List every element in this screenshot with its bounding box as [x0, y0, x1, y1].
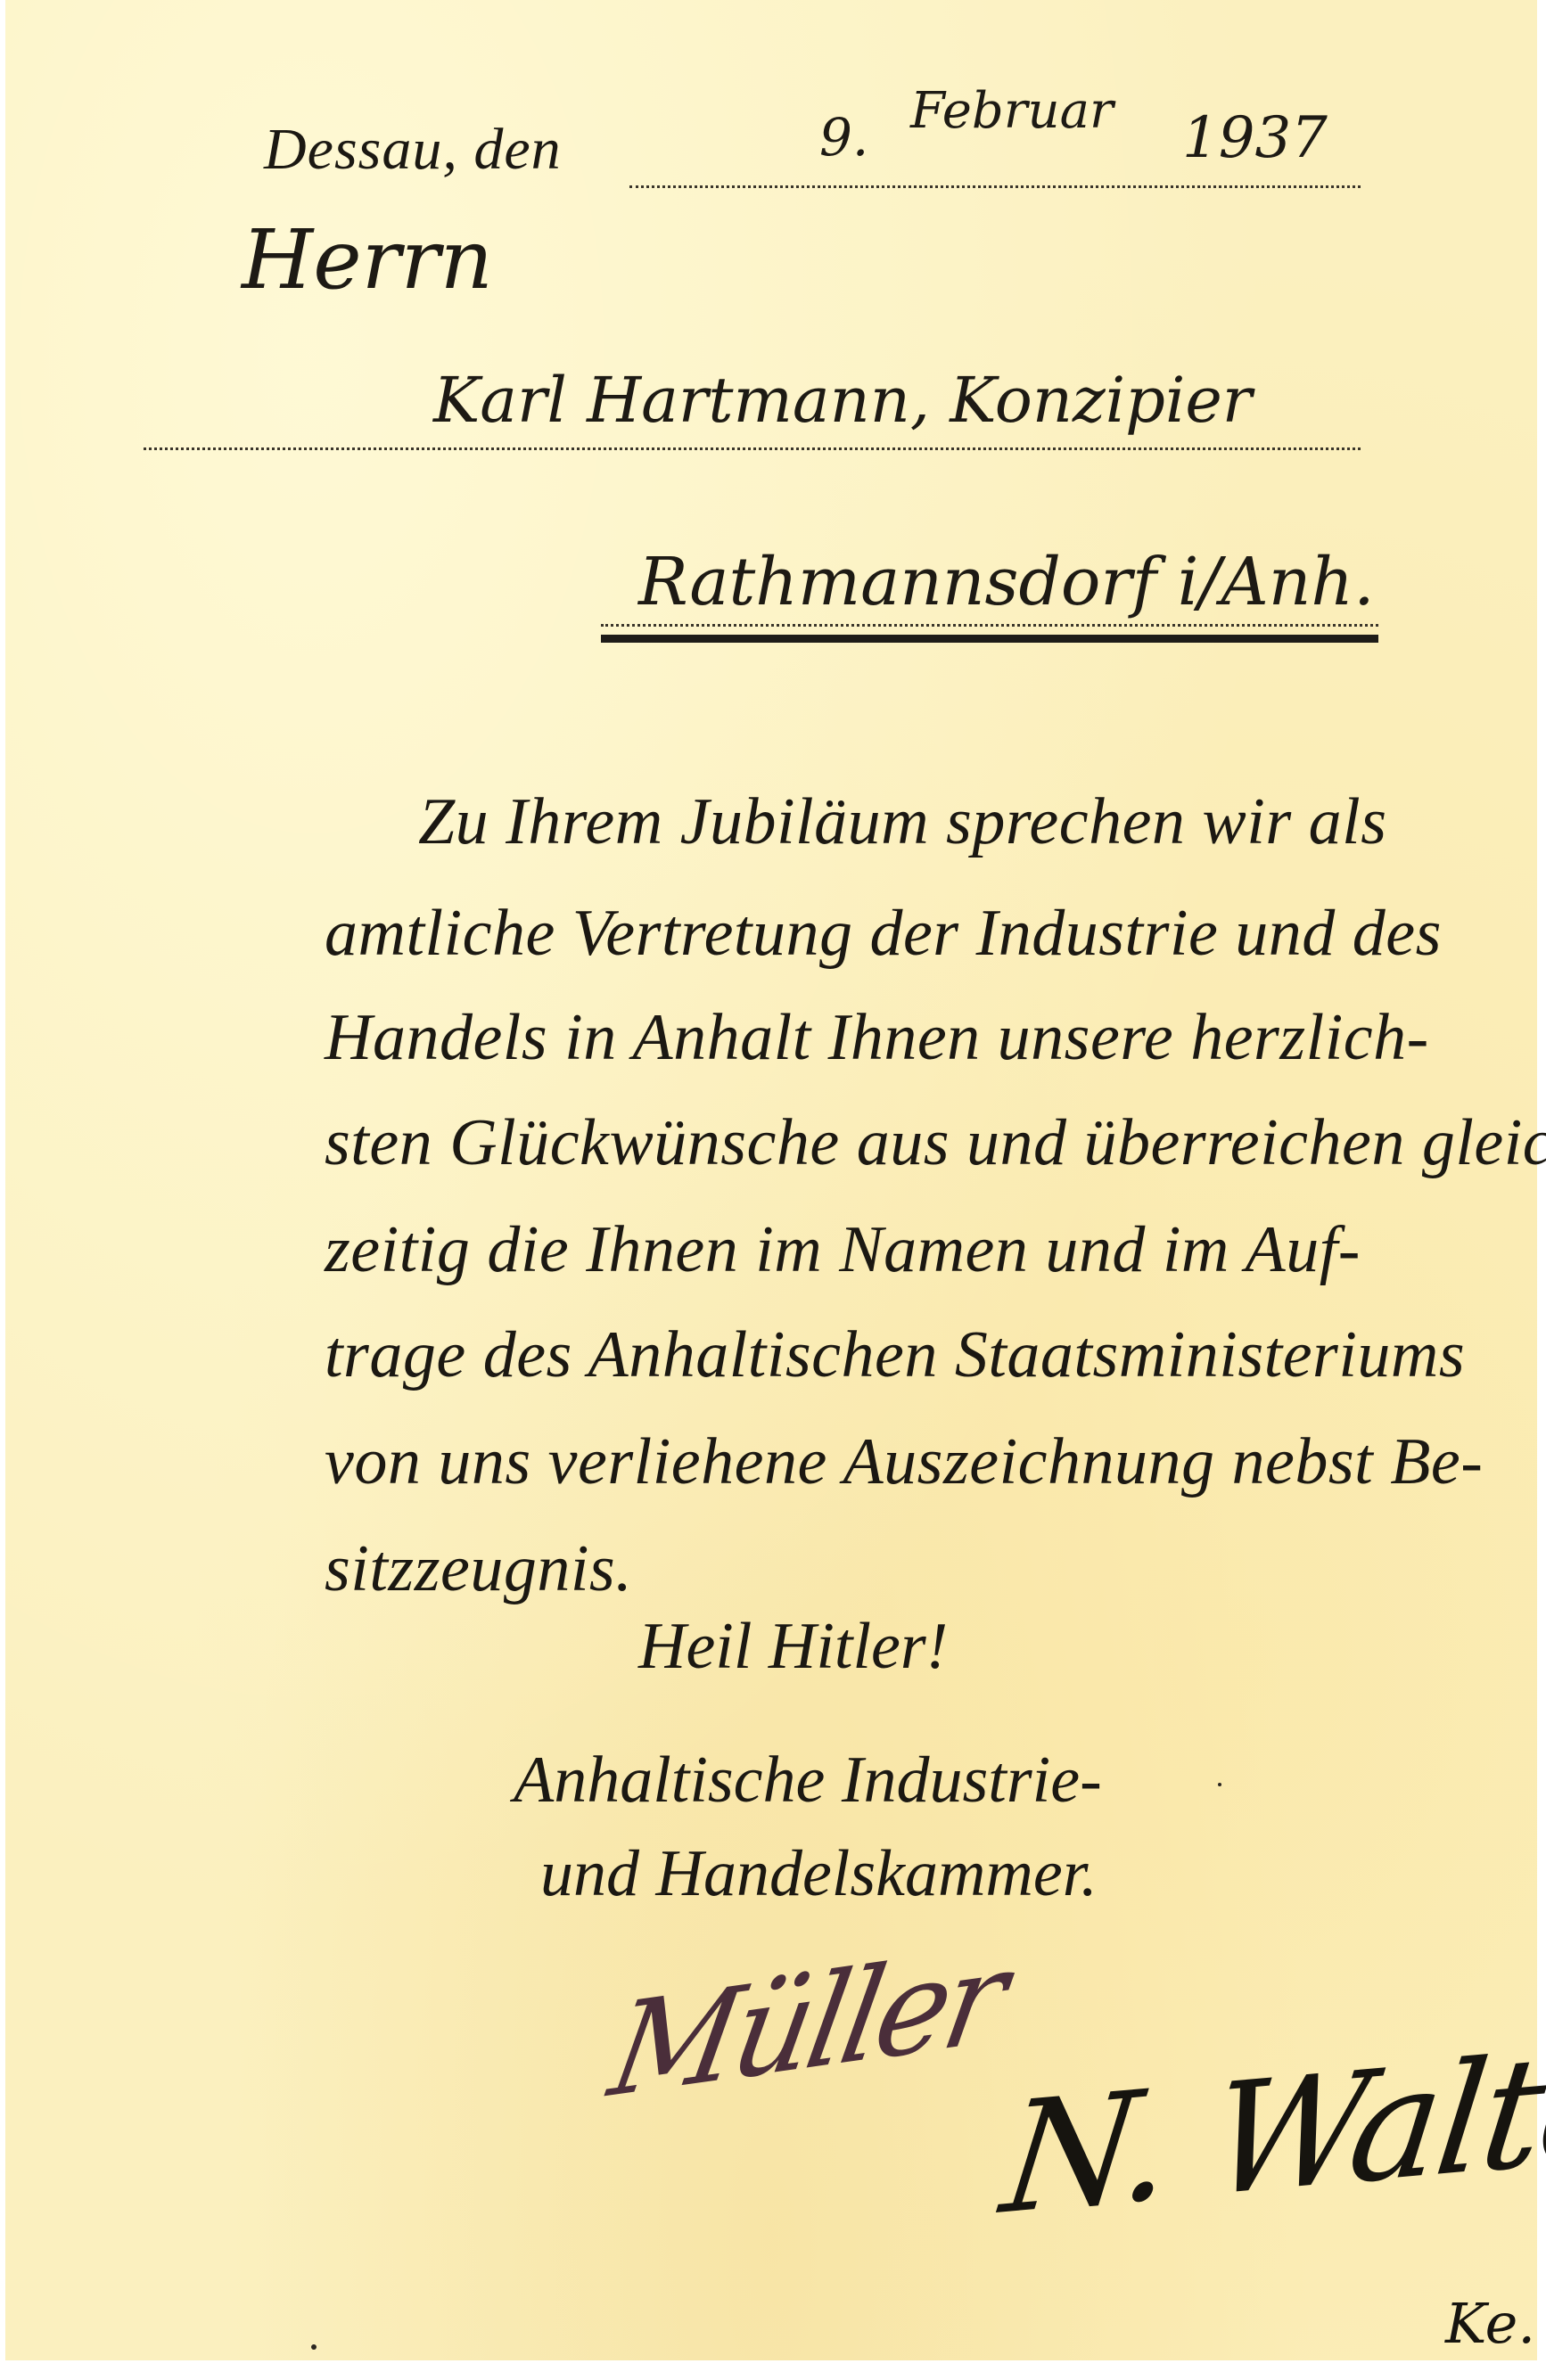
date-year: 1937	[1182, 105, 1328, 171]
body-line: zeitig die Ihnen im Namen und im Auf-	[325, 1212, 1361, 1288]
date-dotted-line	[629, 185, 1361, 188]
date-day: 9.	[819, 107, 868, 168]
ink-speck	[311, 2344, 317, 2350]
body-line: trage des Anhaltischen Staatsministerium…	[325, 1317, 1465, 1393]
ink-speck	[1218, 1783, 1221, 1786]
body-line: sten Glückwünsche aus und überreichen gl…	[325, 1105, 1546, 1181]
signature-stamp: Müller	[600, 1923, 1012, 2128]
recipient-place: Rathmannsdorf i/Anh.	[638, 544, 1375, 620]
organization-name-line-1: Anhaltische Industrie-	[514, 1743, 1102, 1818]
closing-greeting: Heil Hitler!	[638, 1609, 948, 1685]
organization-name-line-2: und Handelskammer.	[540, 1836, 1098, 1912]
place-dotted-line	[601, 624, 1378, 627]
salutation: Herrn	[242, 212, 493, 308]
letter-paper: Dessau, den 9. Februar 1937 Herrn Karl H…	[5, 0, 1537, 2360]
body-line: von uns verliehene Auszeichnung nebst Be…	[325, 1424, 1483, 1500]
clerk-initials: Ke.	[1445, 2291, 1535, 2356]
body-line: Handels in Anhalt Ihnen unsere herzlich-	[325, 1000, 1429, 1076]
body-line: Zu Ihrem Jubiläum sprechen wir als	[418, 784, 1387, 860]
recipient-name: Karl Hartmann, Konzipier	[433, 364, 1252, 437]
date-month: Februar	[910, 82, 1114, 140]
place-underline-bar	[601, 635, 1378, 643]
signature-handwritten: N. Walter	[994, 2010, 1546, 2250]
body-line: amtliche Vertretung der Industrie und de…	[325, 896, 1442, 972]
body-line: sitzzeugnis.	[325, 1531, 632, 1607]
name-dotted-line	[144, 447, 1361, 450]
date-prefix: Dessau, den	[264, 116, 562, 184]
